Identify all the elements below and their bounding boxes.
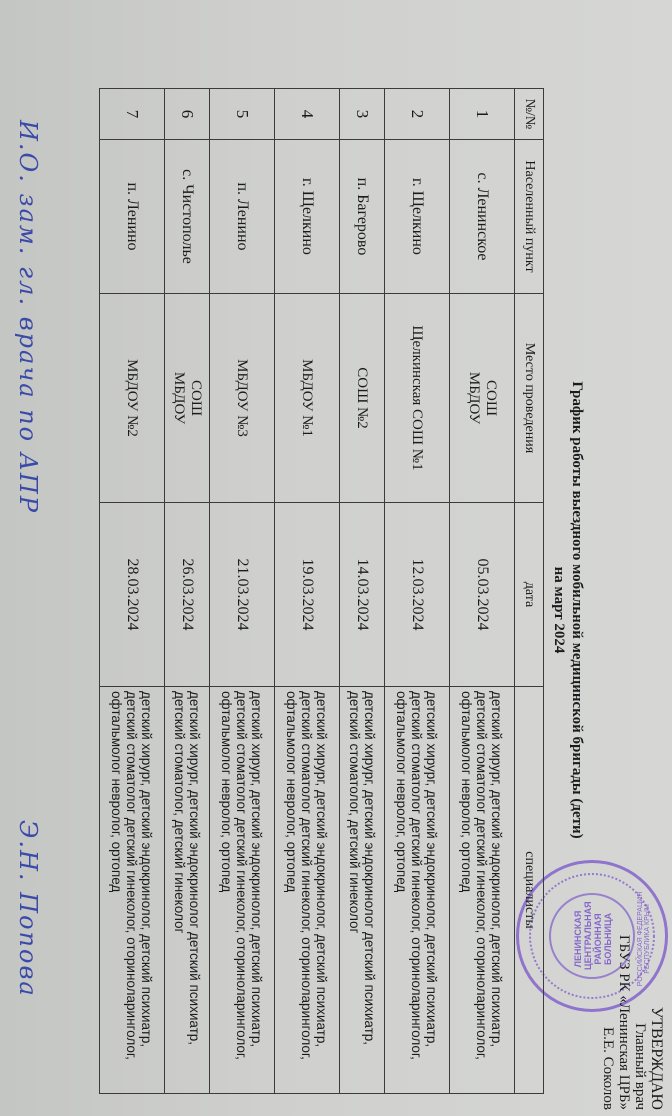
header-date: дата <box>515 503 544 687</box>
row-settlement: с. Чистополье <box>165 140 210 294</box>
row-date: 12.03.2024 <box>385 503 450 687</box>
row-number: 7 <box>100 89 165 140</box>
row-venue: СОШМБДОУ <box>165 294 210 503</box>
table-row: 1с. ЛенинскоеСОШМБДОУ05.03.2024детский х… <box>450 89 515 1094</box>
header-venue: Место проведения <box>515 294 544 503</box>
row-specialists: детский хирург, детский эндокринолог, де… <box>275 687 340 1094</box>
approval-heading: УТВЕРЖДАЮ <box>648 905 664 1110</box>
row-venue: Щелкинская СОШ №1 <box>385 294 450 503</box>
handwritten-note: И.О. зам. гл. врача по АПР <box>14 120 42 514</box>
row-number: 6 <box>165 89 210 140</box>
row-venue: СОШ №2 <box>340 294 385 503</box>
row-settlement: с. Ленинское <box>450 140 515 294</box>
venue-line: СОШ №2 <box>354 298 371 498</box>
approval-block: УТВЕРЖДАЮ Главный врач ГБУЗ РК «Ленинска… <box>600 905 664 1110</box>
table-row: 5п. ЛениноМБДОУ №321.03.2024детский хиру… <box>210 89 275 1094</box>
row-date: 26.03.2024 <box>165 503 210 687</box>
row-settlement: г. Щелкино <box>275 140 340 294</box>
table-row: 2г. ЩелкиноЩелкинская СОШ №112.03.2024де… <box>385 89 450 1094</box>
row-settlement: г. Щелкино <box>385 140 450 294</box>
document-title: График работы выездного мобильной медици… <box>550 330 586 890</box>
row-venue: МБДОУ №2 <box>100 294 165 503</box>
row-number: 3 <box>340 89 385 140</box>
approval-signatory: Е.Е. Соколов <box>600 905 616 1110</box>
row-specialists: детский хирург, детский эндокринолог, де… <box>100 687 165 1094</box>
venue-line: МБДОУ <box>170 298 187 498</box>
row-settlement: п. Багерово <box>340 140 385 294</box>
row-number: 4 <box>275 89 340 140</box>
header-settlement: Населенный пункт <box>515 140 544 294</box>
row-specialists: детский хирург, детский эндокринолог дет… <box>340 687 385 1094</box>
approval-position: Главный врач <box>632 905 648 1110</box>
document-page: РОССИЙСКАЯ ФЕДЕРАЦИЯ РЕСПУБЛИКА КРЫМ ЛЕН… <box>0 0 672 1116</box>
title-line-1: График работы выездного мобильной медици… <box>568 330 586 890</box>
table-row: 6с. ЧистопольеСОШМБДОУ26.03.2024детский … <box>165 89 210 1094</box>
handwritten-name: Э.Н. Попова <box>14 820 42 998</box>
table-row: 3п. БагеровоСОШ №214.03.2024детский хиру… <box>340 89 385 1094</box>
table-row: 7п. ЛениноМБДОУ №228.03.2024детский хиру… <box>100 89 165 1094</box>
row-date: 19.03.2024 <box>275 503 340 687</box>
row-specialists: детский хирург, детский эндокринолог, де… <box>450 687 515 1094</box>
venue-line: МБДОУ №3 <box>234 298 251 498</box>
row-specialists: детский хирург, детский эндокринолог, де… <box>210 687 275 1094</box>
venue-line: Щелкинская СОШ №1 <box>409 298 426 498</box>
venue-line: СОШ <box>482 298 499 498</box>
approval-organization: ГБУЗ РК «Ленинская ЦРБ» <box>616 905 632 1110</box>
schedule-table: №/№ Населенный пункт Место проведения да… <box>99 88 544 1094</box>
row-specialists: детский хирург, детский эндокринолог дет… <box>165 687 210 1094</box>
table-header-row: №/№ Населенный пункт Место проведения да… <box>515 89 544 1094</box>
row-number: 2 <box>385 89 450 140</box>
venue-line: МБДОУ <box>465 298 482 498</box>
row-settlement: п. Ленино <box>210 140 275 294</box>
row-venue: СОШМБДОУ <box>450 294 515 503</box>
row-venue: МБДОУ №3 <box>210 294 275 503</box>
row-date: 28.03.2024 <box>100 503 165 687</box>
row-specialists: детский хирург, детский эндокринолог, де… <box>385 687 450 1094</box>
row-settlement: п. Ленино <box>100 140 165 294</box>
venue-line: МБДОУ №1 <box>299 298 316 498</box>
row-date: 14.03.2024 <box>340 503 385 687</box>
title-line-2: на март 2024 <box>550 330 568 890</box>
row-number: 5 <box>210 89 275 140</box>
row-date: 21.03.2024 <box>210 503 275 687</box>
row-venue: МБДОУ №1 <box>275 294 340 503</box>
header-number: №/№ <box>515 89 544 140</box>
venue-line: СОШ <box>187 298 204 498</box>
header-specialists: специалисты <box>515 687 544 1094</box>
table-row: 4г. ЩелкиноМБДОУ №119.03.2024детский хир… <box>275 89 340 1094</box>
row-date: 05.03.2024 <box>450 503 515 687</box>
venue-line: МБДОУ №2 <box>124 298 141 498</box>
document-photo: РОССИЙСКАЯ ФЕДЕРАЦИЯ РЕСПУБЛИКА КРЫМ ЛЕН… <box>0 0 672 1116</box>
row-number: 1 <box>450 89 515 140</box>
